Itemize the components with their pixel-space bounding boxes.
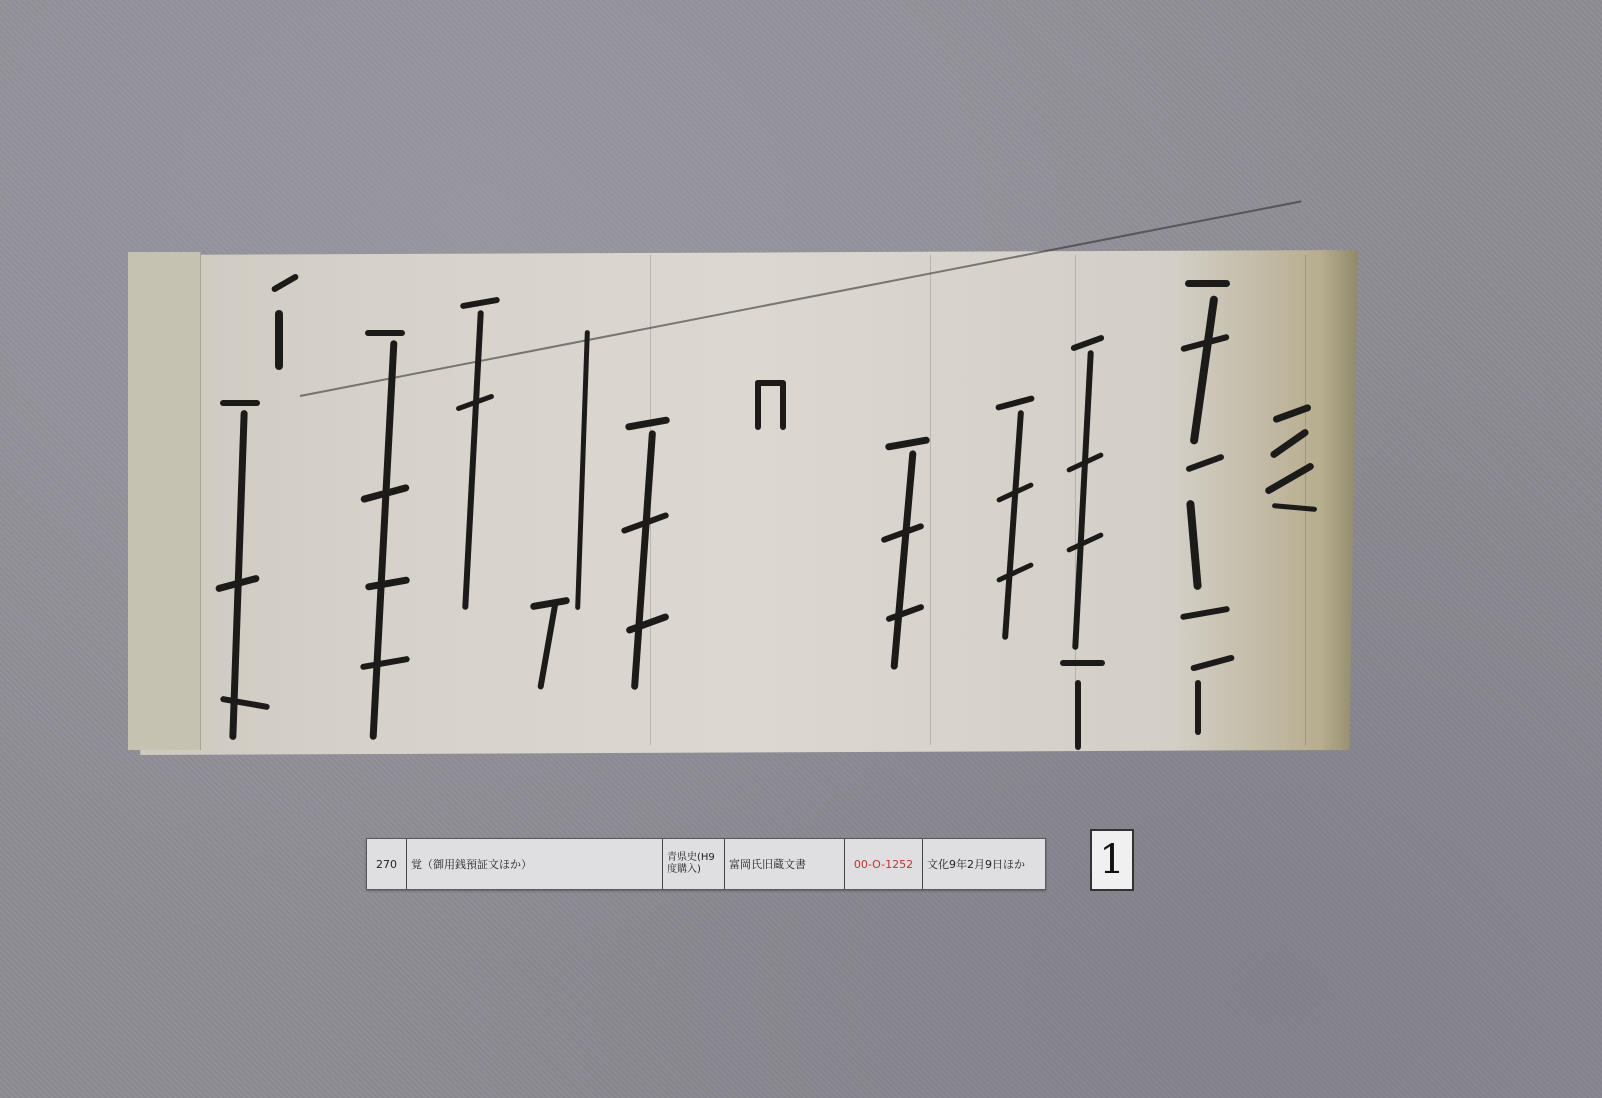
collection-name: 富岡氏旧蔵文書 [725,839,845,889]
photo-scene: 270 覚（御用銭預証文ほか） 青県史(H9度購入) 富岡氏旧蔵文書 00-O-… [0,0,1602,1098]
paper-crease [1305,255,1306,745]
paper-crease [930,255,931,745]
document-date: 文化9年2月9日ほか [923,839,1045,889]
source-note: 青県史(H9度購入) [663,839,725,889]
document-paper [128,250,1358,755]
paper-crease [1075,255,1076,745]
document-title: 覚（御用銭預証文ほか） [407,839,663,889]
item-number: 270 [367,839,407,889]
number-card: 1 [1090,829,1134,891]
catalog-id: 00-O-1252 [845,839,923,889]
paper-folded-flap [128,252,201,750]
catalog-label-strip: 270 覚（御用銭預証文ほか） 青県史(H9度購入) 富岡氏旧蔵文書 00-O-… [366,838,1046,890]
